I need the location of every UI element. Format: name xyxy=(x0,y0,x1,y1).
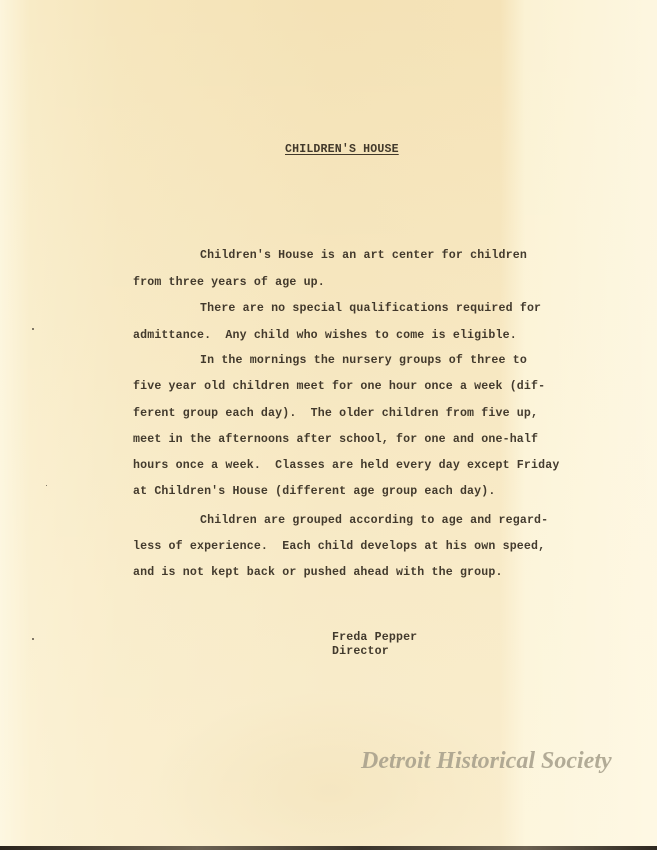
paragraph-3-line-5: hours once a week. Classes are held ever… xyxy=(133,459,559,472)
paragraph-3-line-1: In the mornings the nursery groups of th… xyxy=(200,354,527,367)
paragraph-4-line-3: and is not kept back or pushed ahead wit… xyxy=(133,566,503,579)
paragraph-3-line-2: five year old children meet for one hour… xyxy=(133,380,545,393)
paragraph-3-line-6: at Children's House (different age group… xyxy=(133,485,495,498)
document-title: CHILDREN'S HOUSE xyxy=(285,143,399,156)
paper-speck xyxy=(46,485,47,486)
scanned-page: CHILDREN'S HOUSE Children's House is an … xyxy=(0,0,657,850)
paragraph-1-line-1: Children's House is an art center for ch… xyxy=(200,249,527,262)
paragraph-2-line-2: admittance. Any child who wishes to come… xyxy=(133,329,517,342)
paragraph-2-line-1: There are no special qualifications requ… xyxy=(200,302,541,315)
paragraph-3-line-3: ferent group each day). The older childr… xyxy=(133,407,538,420)
signature-name: Freda Pepper xyxy=(332,631,417,644)
paragraph-3-line-4: meet in the afternoons after school, for… xyxy=(133,433,538,446)
paragraph-1-line-2: from three years of age up. xyxy=(133,276,325,289)
scan-bottom-edge xyxy=(0,846,657,850)
paper-speck xyxy=(32,638,34,640)
paragraph-4-line-1: Children are grouped according to age an… xyxy=(200,514,548,527)
paragraph-4-line-2: less of experience. Each child develops … xyxy=(133,540,545,553)
watermark-logo: Detroit Historical Society xyxy=(361,748,612,775)
paper-speck xyxy=(32,328,34,330)
signature-role: Director xyxy=(332,645,389,658)
